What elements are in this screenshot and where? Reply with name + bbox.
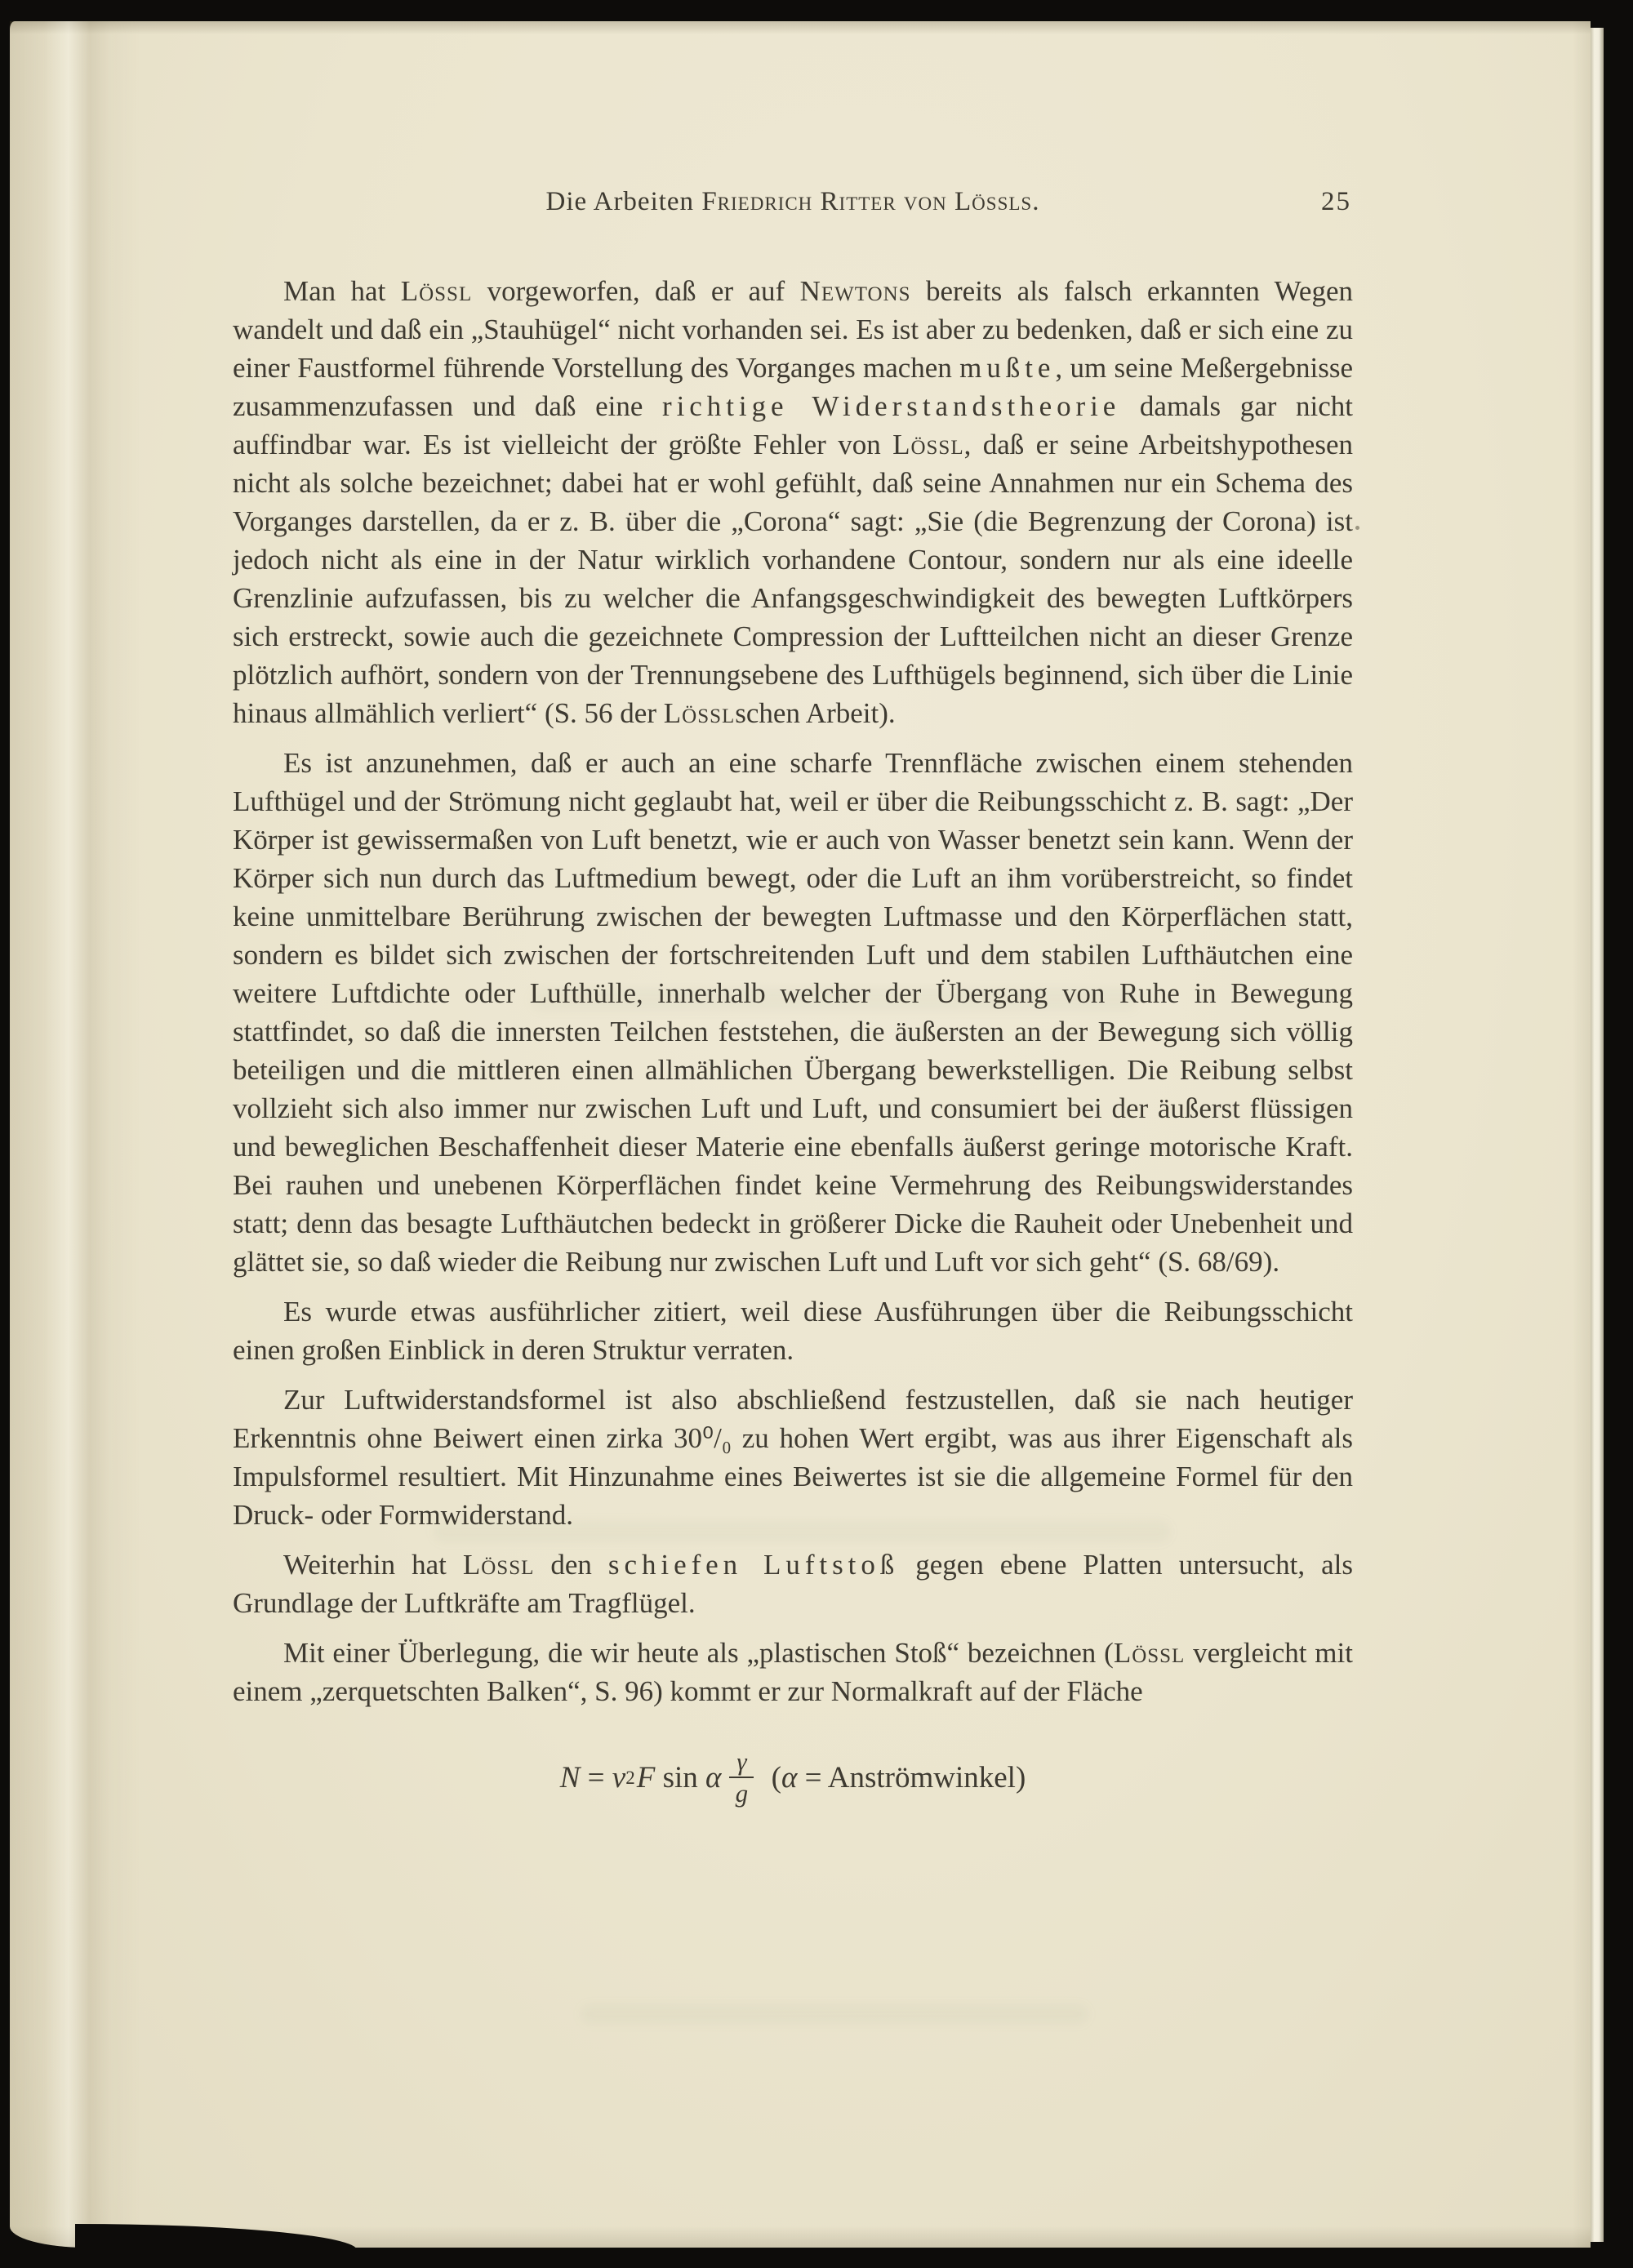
formula-g: g <box>736 1780 749 1808</box>
page-fore-edge <box>1591 28 1604 2242</box>
text-segment: Es ist anzunehmen, daß er auch an eine s… <box>233 747 1353 1278</box>
book-page: Die Arbeiten Friedrich Ritter von Lössls… <box>10 21 1591 2248</box>
paragraph: Man hat Lössl vorgeworfen, daß er auf Ne… <box>233 272 1353 732</box>
text-segment: Friedrich Ritter von Lössls. <box>701 187 1039 216</box>
text-segment: vorgeworfen, daß er auf <box>472 275 799 307</box>
formula-gamma: γ <box>736 1748 746 1776</box>
text-segment: Lössl <box>401 275 473 307</box>
text-segment: mußte <box>959 352 1055 384</box>
scan-background: Die Arbeiten Friedrich Ritter von Lössls… <box>0 0 1633 2268</box>
text-segment: richtige Widerstandstheorie <box>662 390 1120 422</box>
text-segment: Lössl <box>1114 1637 1186 1669</box>
text-segment: Lössl <box>463 1549 535 1581</box>
formula-fraction: γg <box>729 1748 754 1808</box>
paragraph: Es ist anzunehmen, daß er auch an eine s… <box>233 744 1353 1281</box>
text-segment: , daß er seine Arbeitshypothesen nicht a… <box>233 429 1353 729</box>
paragraph: Mit einer Überlegung, die wir heute als … <box>233 1634 1353 1710</box>
formula-paren: ( <box>763 1759 781 1797</box>
formula-v: v <box>612 1759 625 1797</box>
paragraph: Weiterhin hat Lössl den schiefen Luftsto… <box>233 1545 1353 1622</box>
text-segment: Man hat <box>283 275 401 307</box>
ink-speck <box>1355 526 1359 530</box>
paragraphs: Man hat Lössl vorgeworfen, daß er auf Ne… <box>233 272 1353 1710</box>
text-segment: schen Arbeit). <box>735 697 895 729</box>
verso-show-through <box>581 2005 1088 2023</box>
paragraph: Es wurde etwas ausführlicher zitiert, we… <box>233 1292 1353 1369</box>
formula-squared: 2 <box>625 1759 635 1797</box>
text-segment: Es wurde etwas ausführlicher zitiert, we… <box>233 1296 1353 1366</box>
formula-N: N <box>560 1759 581 1797</box>
text-segment: schiefen Luftstoß <box>608 1549 899 1581</box>
text-segment: den <box>534 1549 608 1581</box>
text-segment: Die Arbeiten <box>546 187 702 216</box>
paragraph: Zur Luftwiderstandsformel ist also absch… <box>233 1381 1353 1534</box>
formula-alpha2: α <box>781 1759 797 1797</box>
formula-F: F <box>637 1759 656 1797</box>
fraction-bar <box>729 1777 754 1778</box>
text-segment: Lössl <box>892 429 964 460</box>
text-segment: Lössl <box>664 697 736 729</box>
page-number: 25 <box>1321 183 1351 221</box>
formula-sin: sin <box>655 1759 705 1797</box>
formula: N = v2F sin αγg (α = Anströmwinkel) <box>233 1748 1353 1808</box>
running-head: Die Arbeiten Friedrich Ritter von Lössls… <box>233 183 1353 221</box>
running-title: Die Arbeiten Friedrich Ritter von Lössls… <box>546 187 1040 216</box>
text-segment: Newtons <box>800 275 911 307</box>
text-segment: Zur Luftwiderstandsformel ist also absch… <box>233 1384 1353 1531</box>
formula-equals: = <box>580 1759 612 1797</box>
text-segment: Weiterhin hat <box>283 1549 463 1581</box>
formula-alpha: α <box>705 1759 721 1797</box>
text-block: Die Arbeiten Friedrich Ritter von Lössls… <box>233 183 1353 1808</box>
formula-note: = Anströmwinkel) <box>797 1759 1026 1797</box>
text-segment: Mit einer Überlegung, die wir heute als … <box>283 1637 1114 1669</box>
